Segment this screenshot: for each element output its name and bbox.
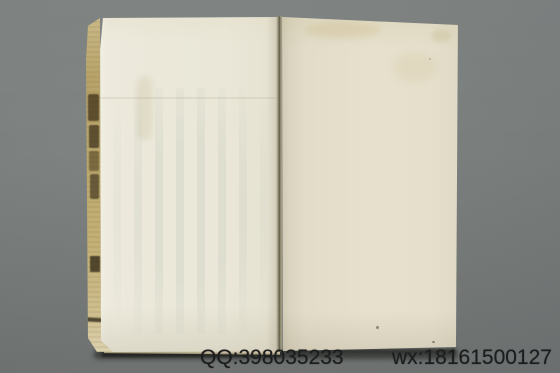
fore-edge-ink-mark xyxy=(88,94,99,121)
right-page-speck xyxy=(376,326,379,329)
left-page xyxy=(99,16,280,353)
watermark-qq-contact: QQ:398035233 xyxy=(200,346,344,370)
fore-edge-ink-mark xyxy=(89,125,99,148)
center-fold-gutter xyxy=(276,16,283,352)
right-page-stain xyxy=(431,30,451,42)
fore-edge-ink-mark xyxy=(90,174,99,199)
right-page-speck xyxy=(432,341,435,343)
right-page xyxy=(281,16,459,351)
right-page-stain xyxy=(393,52,437,82)
fore-edge-stamp-mark xyxy=(90,256,100,272)
photo-scene: QQ:398035233 wx:18161500127 xyxy=(0,0,560,373)
right-page-speck xyxy=(429,58,431,60)
right-page-stain xyxy=(305,22,381,38)
bleed-through-text-columns xyxy=(113,88,267,334)
watermark-wx-contact: wx:18161500127 xyxy=(392,346,552,370)
fore-edge-ink-mark xyxy=(89,151,99,171)
